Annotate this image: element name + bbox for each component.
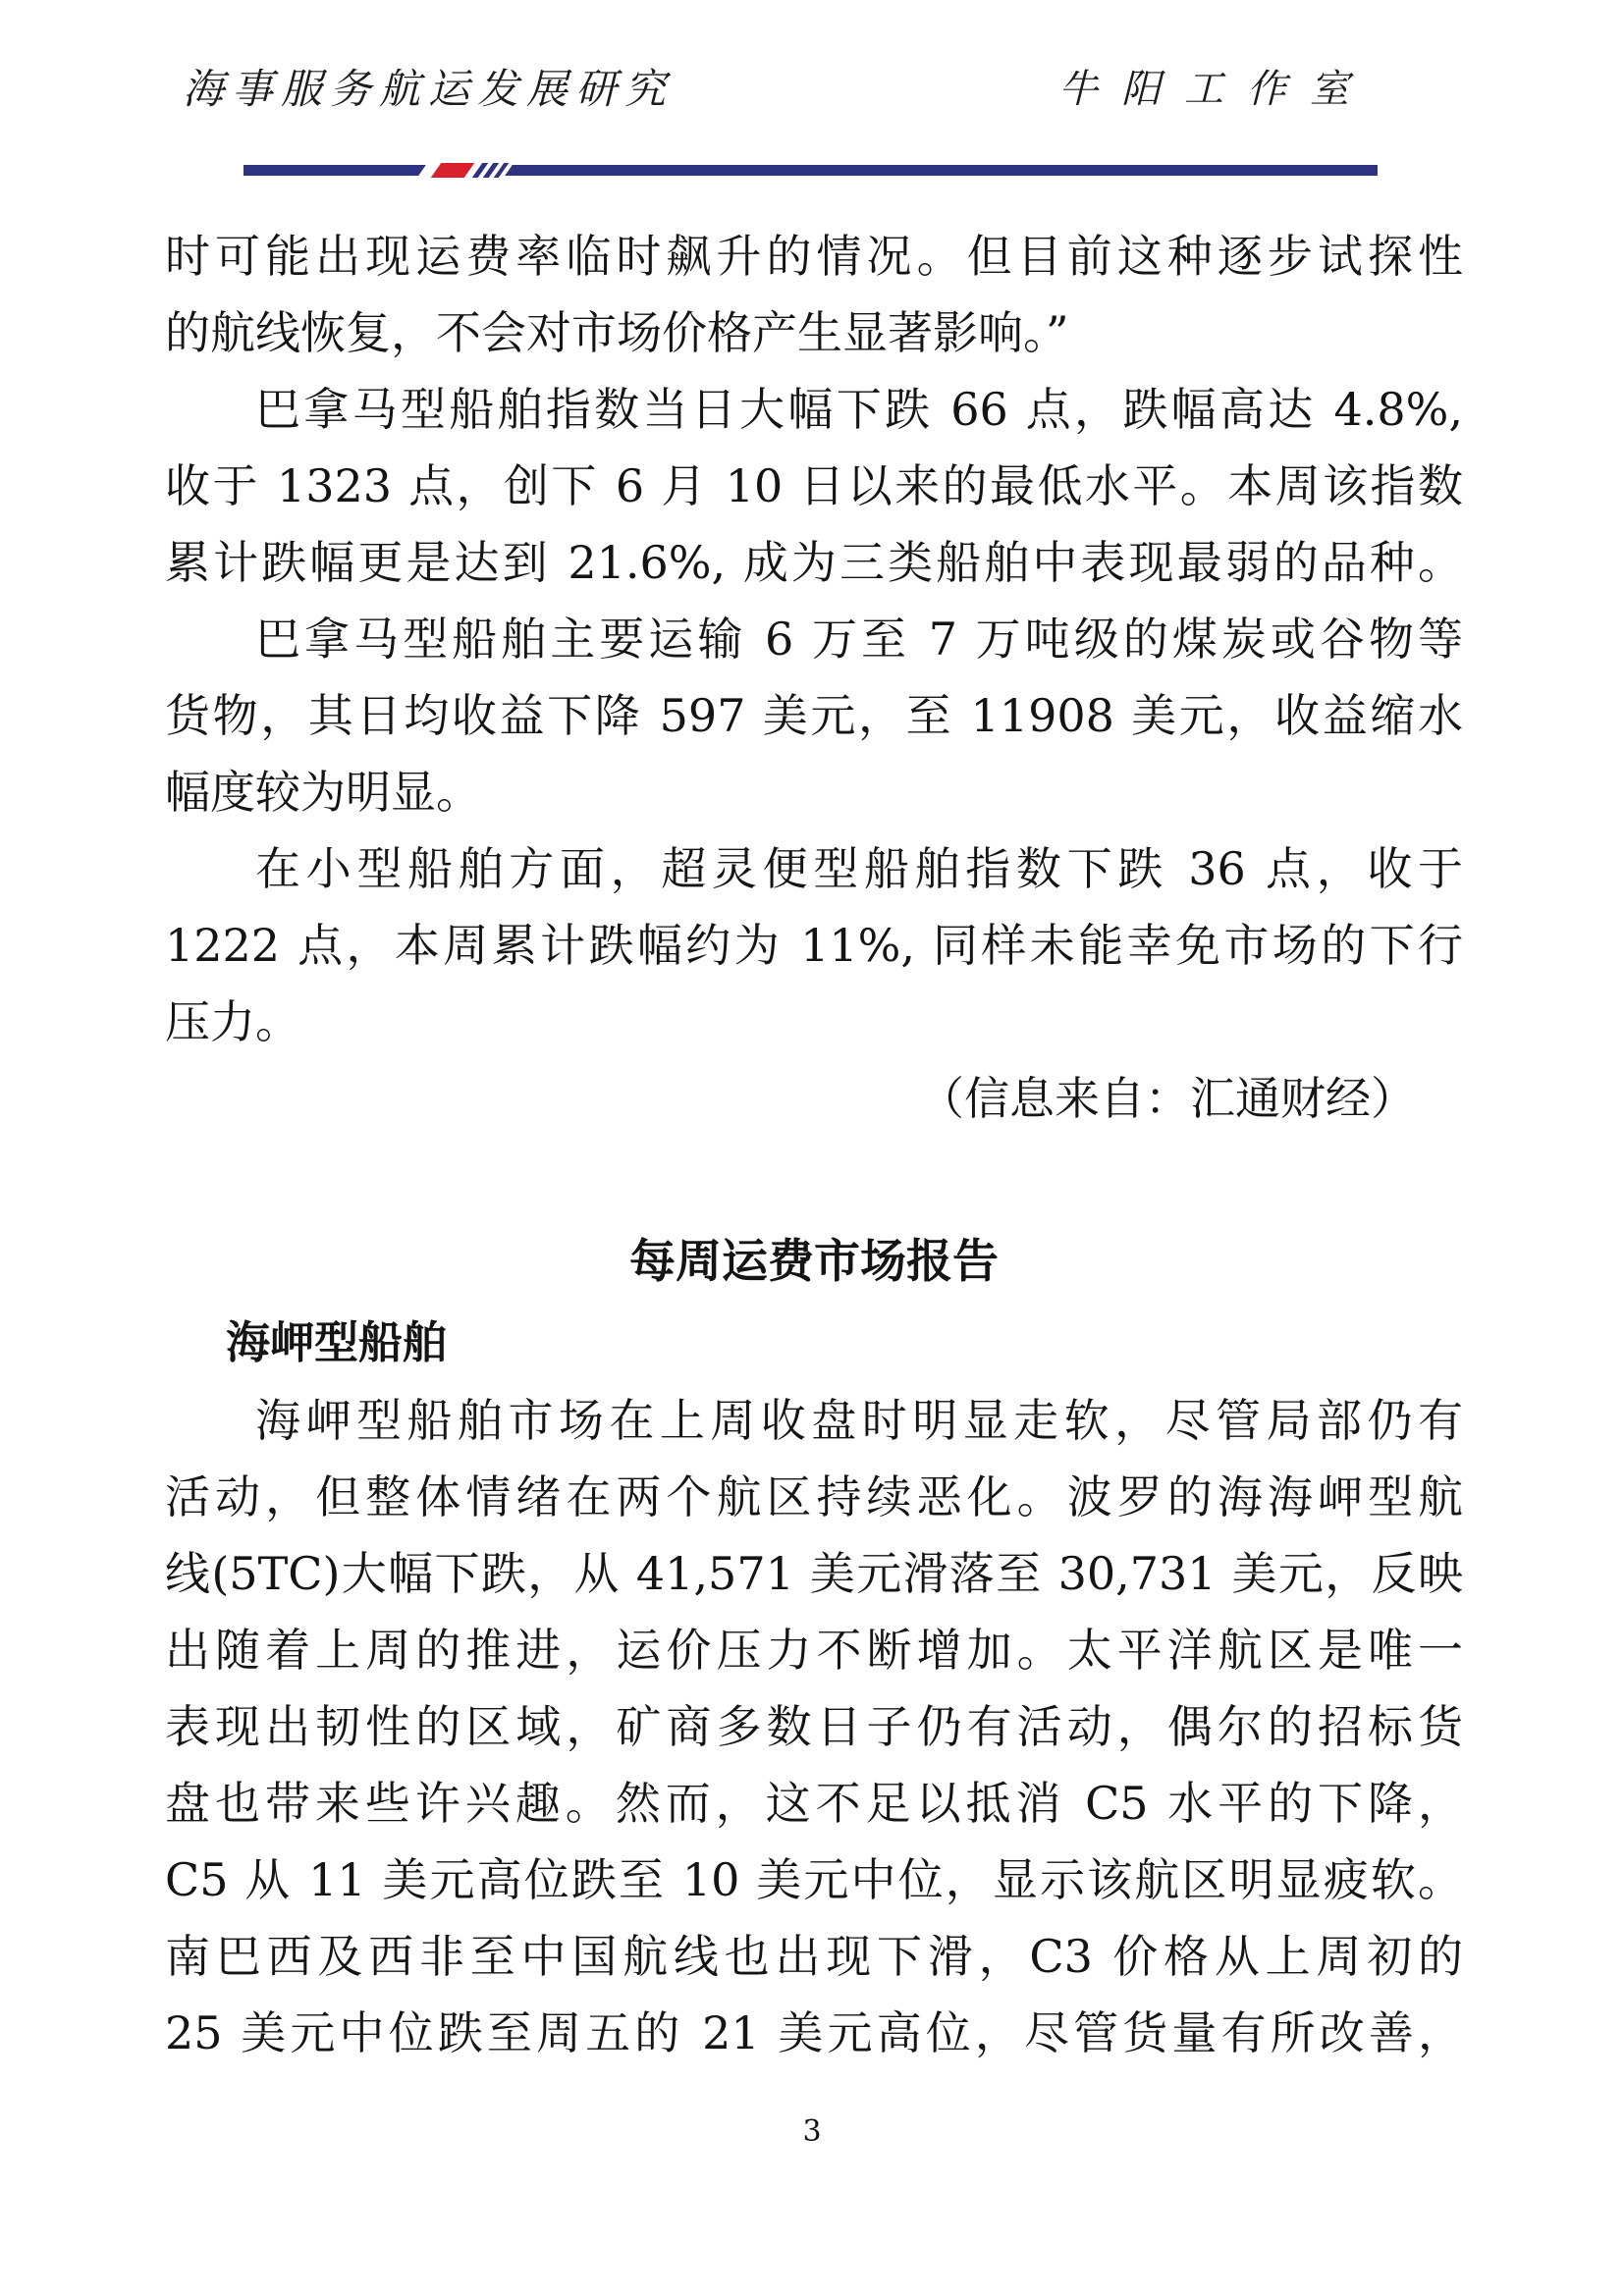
text-line: 出随着上周的推进，运价压力不断增加。太平洋航区是唯一 (165, 1612, 1463, 1688)
text-line: 海岬型船舶市场在上周收盘时明显走软，尽管局部仍有 (165, 1382, 1463, 1459)
text-line: 25 美元中位跌至周五的 21 美元高位，尽管货量有所改善， (165, 1995, 1463, 2071)
text-line: 表现出韧性的区域，矿商多数日子仍有活动，偶尔的招标货 (165, 1688, 1463, 1765)
section-heading: 每周运费市场报告 (165, 1221, 1463, 1304)
text-line: 时可能出现运费率临时飙升的情况。但目前这种逐步试探性 (165, 218, 1463, 294)
text-line: 幅度较为明显。 (165, 754, 1463, 830)
text-line: 线(5TC)大幅下跌，从 41,571 美元滑落至 30,731 美元，反映 (165, 1535, 1463, 1612)
subsection-heading: 海岬型船舶 (165, 1304, 1463, 1382)
document-page: 海事服务航运发展研究 牛阳工作室 时可能出现运费率临时飙升的情况。但目前这种逐步… (0, 0, 1624, 2296)
text-line: 盘也带来些许兴趣。然而，这不足以抵消 C5 水平的下降， (165, 1765, 1463, 1842)
attribution-line: （信息来自：汇通财经） (165, 1060, 1463, 1137)
text-line: 货物，其日均收益下降 597 美元，至 11908 美元，收益缩水 (165, 677, 1463, 754)
text-line: 活动，但整体情绪在两个航区持续恶化。波罗的海海岬型航 (165, 1459, 1463, 1535)
text-line: 巴拿马型船舶指数当日大幅下跌 66 点，跌幅高达 4.8%, (165, 371, 1463, 448)
text-line: C5 从 11 美元高位跌至 10 美元中位，显示该航区明显疲软。 (165, 1842, 1463, 1918)
header-right-title: 牛阳工作室 (1058, 51, 1373, 128)
header-divider-rule (244, 165, 1378, 176)
text-line: 巴拿马型船舶主要运输 6 万至 7 万吨级的煤炭或谷物等 (165, 601, 1463, 677)
article-body: 时可能出现运费率临时飙升的情况。但目前这种逐步试探性的航线恢复，不会对市场价格产… (165, 218, 1463, 2071)
text-line: 1222 点，本周累计跌幅约为 11%, 同样未能幸免市场的下行 (165, 907, 1463, 984)
page-number: 3 (0, 2112, 1624, 2152)
text-line: 收于 1323 点，创下 6 月 10 日以来的最低水平。本周该指数 (165, 448, 1463, 524)
text-line: 南巴西及西非至中国航线也出现下滑，C3 价格从上周初的 (165, 1918, 1463, 1995)
divider-bar (244, 165, 1378, 176)
page-header: 海事服务航运发展研究 牛阳工作室 (0, 51, 1624, 128)
text-line: 的航线恢复，不会对市场价格产生显著影响。” (165, 294, 1463, 371)
header-left-title: 海事服务航运发展研究 (183, 51, 674, 128)
text-line: 压力。 (165, 984, 1463, 1060)
text-line: 在小型船舶方面，超灵便型船舶指数下跌 36 点，收于 (165, 830, 1463, 907)
text-line: 累计跌幅更是达到 21.6%, 成为三类船舶中表现最弱的品种。 (165, 524, 1463, 601)
